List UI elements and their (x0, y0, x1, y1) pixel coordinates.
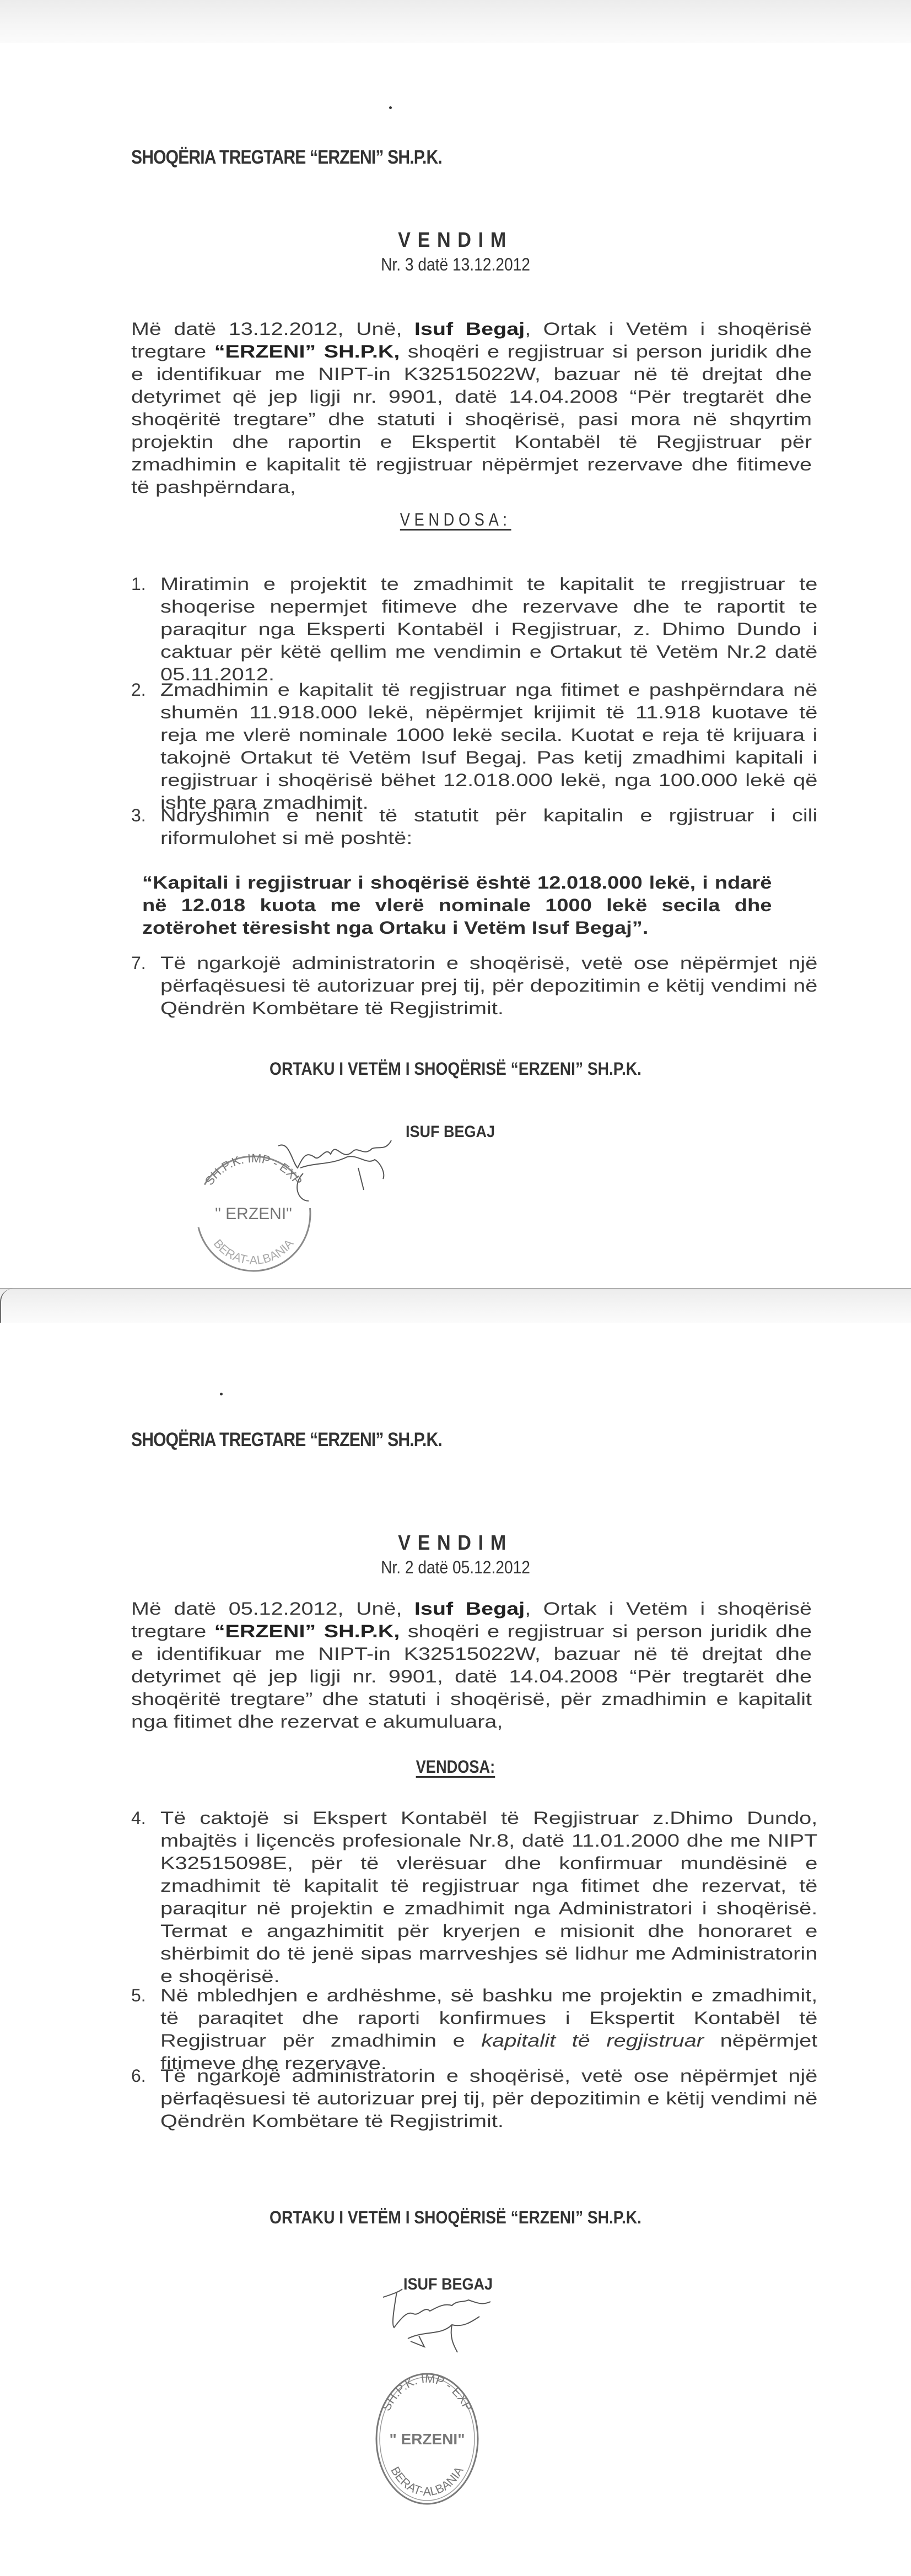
document-title: VENDIM (46, 1531, 866, 1555)
decision-number-date: Nr. 2 datë 05.12.2012 (55, 1557, 856, 1578)
signer-name: ISUF BEGAJ (406, 1123, 495, 1141)
company-stamp: SH.P.K. IMP - EXP " ERZENI" BERAT-ALBANI… (187, 1149, 320, 1275)
svg-text:" ERZENI": " ERZENI" (215, 1205, 292, 1223)
decision-page-nr3: SHOQËRIA TREGTARE “ERZENI” SH.P.K. VENDI… (0, 0, 911, 1289)
document-title: VENDIM (46, 229, 866, 252)
scan-speck (389, 106, 392, 109)
company-stamp: SH.P.K. IMP - EXP " ERZENI" BERAT-ALBANI… (372, 2366, 482, 2509)
company-header: SHOQËRIA TREGTARE “ERZENI” SH.P.K. (131, 1429, 442, 1451)
handwritten-signature (380, 2286, 524, 2363)
decision-number-date: Nr. 3 datë 13.12.2012 (55, 255, 856, 275)
decided-heading: VENDOSA: (0, 1757, 911, 1777)
svg-text:SH.P.K. IMP - EXP: SH.P.K. IMP - EXP (379, 2372, 475, 2413)
scan-edge-shadow (0, 0, 911, 43)
decided-heading: VENDOSA: (0, 510, 911, 530)
intro-paragraph: Më datë 05.12.2012, Unë, Isuf Begaj, Ort… (131, 1598, 812, 1733)
scan-speck (220, 1393, 223, 1395)
company-header: SHOQËRIA TREGTARE “ERZENI” SH.P.K. (131, 147, 442, 169)
svg-text:" ERZENI": " ERZENI" (389, 2431, 465, 2448)
decision-page-nr2: SHOQËRIA TREGTARE “ERZENI” SH.P.K. VENDI… (0, 1289, 911, 2576)
signoff-title: ORTAKU I VETËM I SHOQËRISË “ERZENI” SH.P… (55, 2207, 856, 2228)
statute-quote: “Kapitali i regjistruar i shoqërisë ësht… (142, 872, 772, 939)
signoff-title: ORTAKU I VETËM I SHOQËRISË “ERZENI” SH.P… (55, 1059, 856, 1079)
intro-paragraph: Më datë 13.12.2012, Unë, Isuf Begaj, Ort… (131, 318, 812, 499)
